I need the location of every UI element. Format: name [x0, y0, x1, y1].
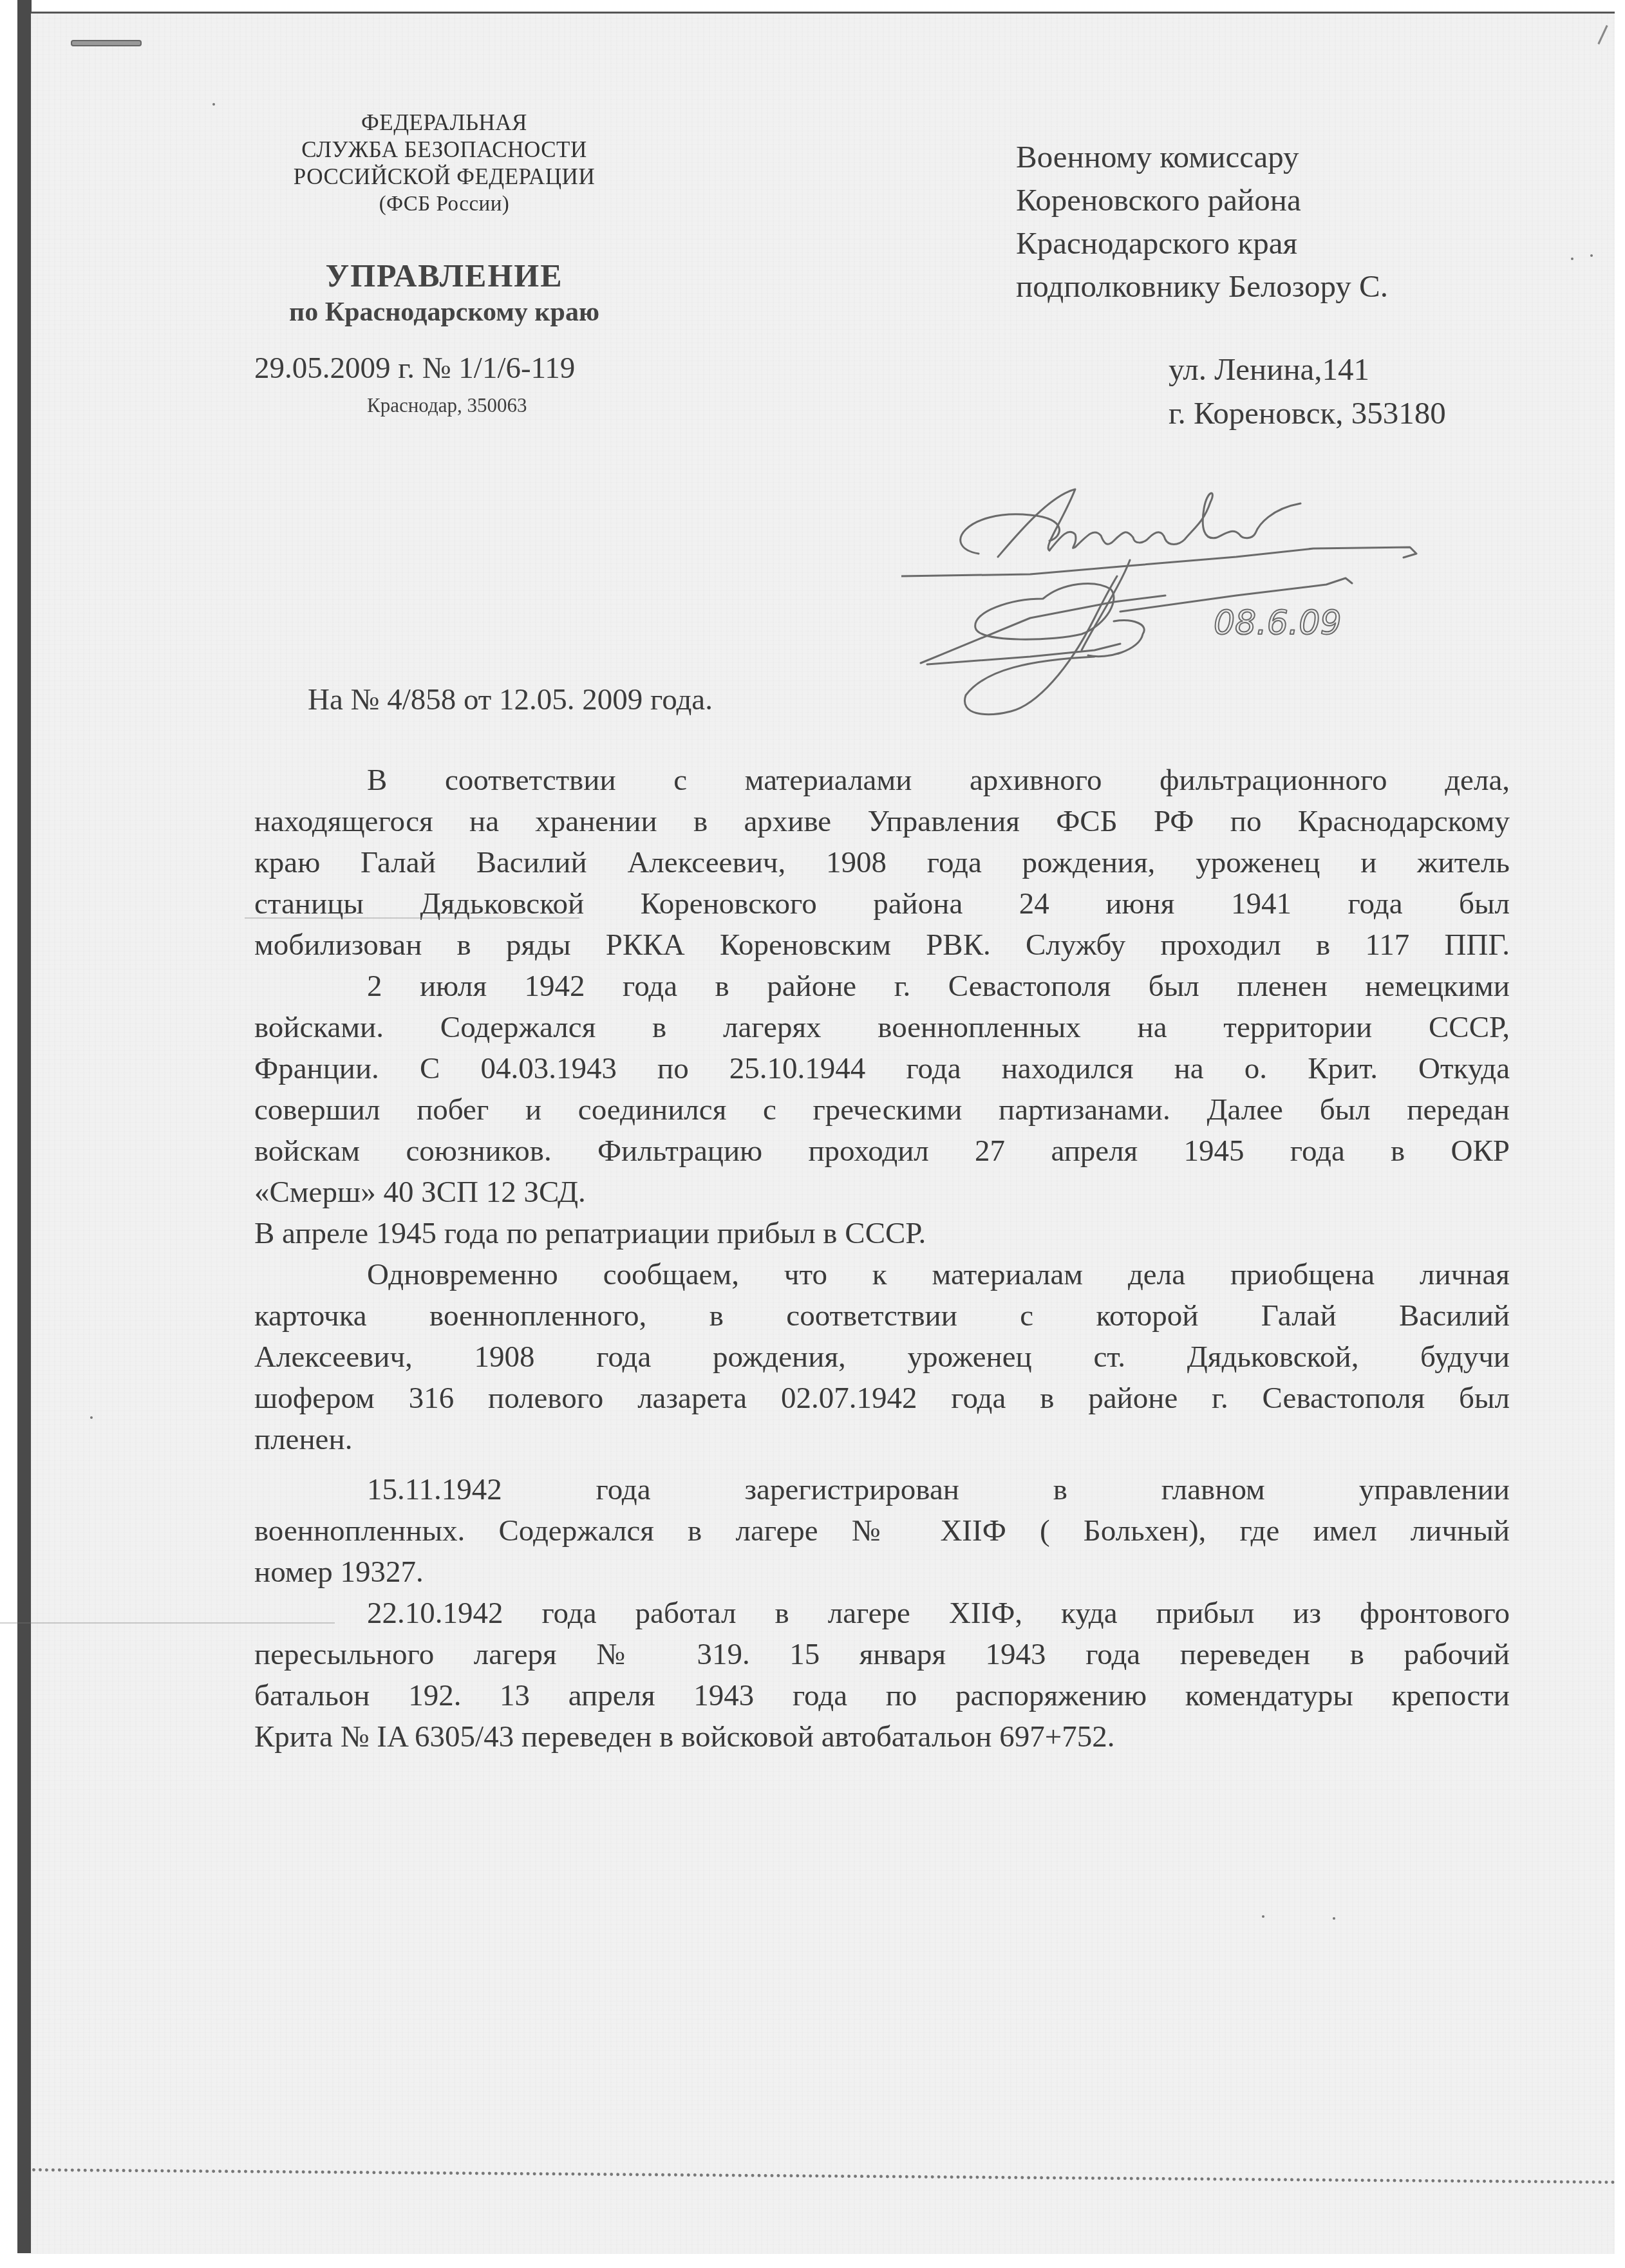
department-title: УПРАВЛЕНИЕ: [232, 256, 657, 295]
addressee-line: Кореновского района: [1016, 178, 1388, 221]
body-line: пленен.: [254, 1419, 1510, 1460]
scan-speck: [1333, 1917, 1335, 1920]
spacer: [254, 1460, 1510, 1469]
body-line: Крита № IA 6305/43 переведен в войсковой…: [254, 1716, 1510, 1757]
scan-artifact-line: [245, 917, 579, 919]
scan-speck: [1590, 254, 1593, 257]
body-line: шофером 316 полевого лазарета 02.07.1942…: [254, 1378, 1510, 1419]
body-line: номер 19327.: [254, 1551, 1510, 1593]
body-line: батальон 192. 13 апреля 1943 года по рас…: [254, 1675, 1510, 1716]
body-line: В соответствии с материалами архивного ф…: [254, 760, 1510, 801]
body-line: 2 июля 1942 года в районе г. Севастополя…: [254, 966, 1510, 1007]
registration-number: 29.05.2009 г. № 1/1/6-119: [254, 351, 575, 386]
sender-city: Краснодар, 350063: [367, 394, 527, 417]
reference-line: На № 4/858 от 12.05. 2009 года.: [308, 682, 713, 717]
org-line: ФЕДЕРАЛЬНАЯ: [232, 109, 657, 136]
org-abbreviation: (ФСБ России): [232, 191, 657, 218]
body-line: Франции. С 04.03.1943 по 25.10.1944 года…: [254, 1048, 1510, 1089]
addressee-line: Краснодарского края: [1016, 221, 1388, 265]
body-line: В апреле 1945 года по репатриации прибыл…: [254, 1213, 1510, 1254]
body-line: 22.10.1942 года работал в лагере XIIФ, к…: [254, 1593, 1510, 1634]
body-line: войскам союзников. Фильтрацию проходил 2…: [254, 1130, 1510, 1172]
scan-speck: [212, 103, 215, 106]
org-line: СЛУЖБА БЕЗОПАСНОСТИ: [232, 136, 657, 164]
body-line: 15.11.1942 года зарегистрирован в главно…: [254, 1469, 1510, 1510]
body-line: военнопленных. Содержался в лагере № XII…: [254, 1510, 1510, 1551]
org-line: РОССИЙСКОЙ ФЕДЕРАЦИИ: [232, 164, 657, 191]
scan-artifact-line: [0, 1622, 335, 1624]
body-line: Алексеевич, 1908 года рождения, уроженец…: [254, 1336, 1510, 1378]
address-city: г. Кореновск, 353180: [1169, 391, 1446, 435]
body-line: карточка военнопленного, в соответствии …: [254, 1295, 1510, 1336]
corner-mark: [71, 40, 142, 46]
scan-edge-strip: [17, 0, 32, 2253]
scan-speck: [90, 1416, 93, 1419]
letter-body: В соответствии с материалами архивного ф…: [254, 760, 1510, 1757]
signature-icon: 08.6.09: [901, 464, 1481, 747]
body-line: находящегося на хранении в архиве Управл…: [254, 801, 1510, 842]
addressee-address: ул. Ленина,141 г. Кореновск, 353180: [1169, 348, 1446, 435]
letterhead: ФЕДЕРАЛЬНАЯ СЛУЖБА БЕЗОПАСНОСТИ РОССИЙСК…: [232, 109, 657, 330]
body-line: краю Галай Василий Алексеевич, 1908 года…: [254, 842, 1510, 883]
handwritten-signature: 08.6.09: [901, 464, 1481, 747]
body-line: мобилизован в ряды РККА Кореновским РВК.…: [254, 924, 1510, 966]
body-line: совершил побег и соединился с греческими…: [254, 1089, 1510, 1130]
addressee-line: подполковнику Белозору С.: [1016, 265, 1388, 308]
svg-text:08.6.09: 08.6.09: [1214, 604, 1341, 642]
body-line: войсками. Содержался в лагерях военнопле…: [254, 1007, 1510, 1048]
scan-speck: [1262, 1915, 1264, 1918]
body-line: Одновременно сообщаем, что к материалам …: [254, 1254, 1510, 1295]
body-line: пересыльного лагеря № 319. 15 января 194…: [254, 1634, 1510, 1675]
scan-speck: [1571, 258, 1573, 260]
addressee-line: Военному комиссару: [1016, 135, 1388, 178]
address-street: ул. Ленина,141: [1169, 348, 1446, 391]
body-line: «Смерш» 40 ЗСП 12 ЗСД.: [254, 1172, 1510, 1213]
addressee-block: Военному комиссару Кореновского района К…: [1016, 135, 1388, 308]
department-region: по Краснодарскому краю: [232, 295, 657, 330]
